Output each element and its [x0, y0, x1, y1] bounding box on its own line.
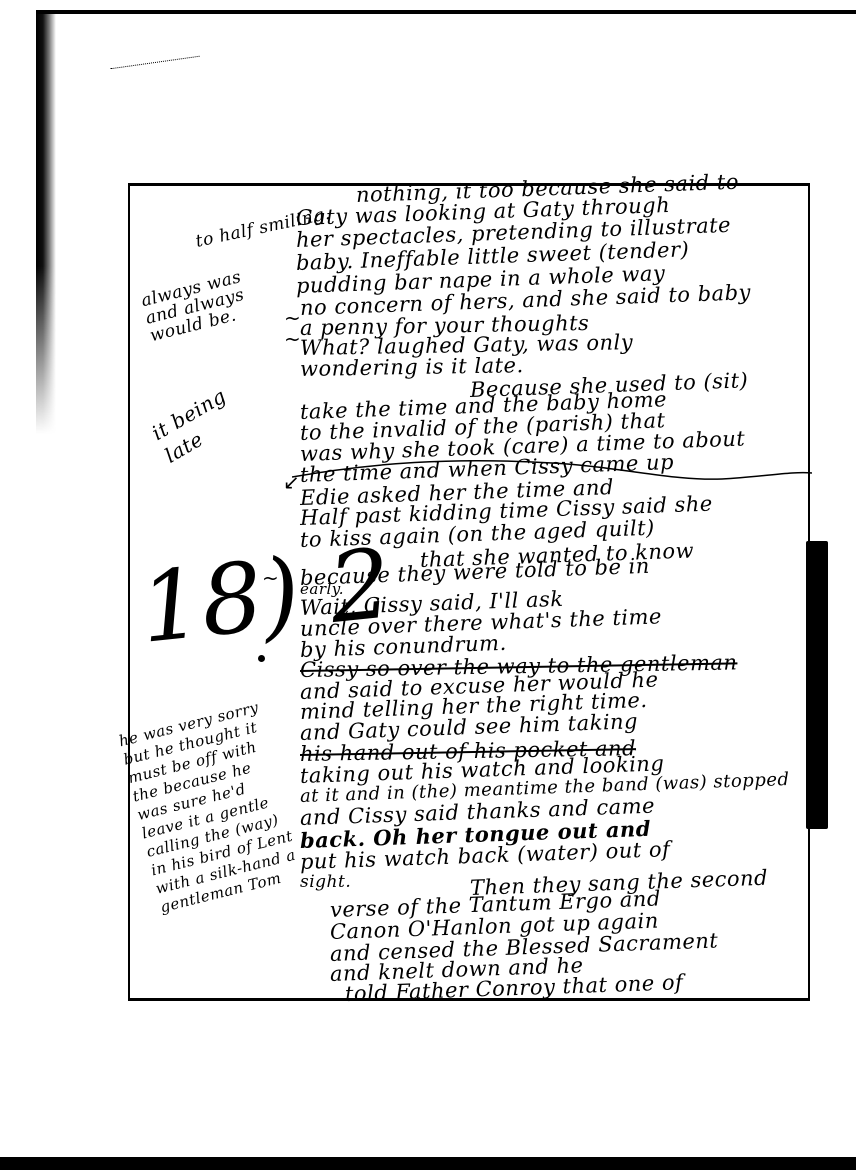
scan-artifact-line [110, 56, 199, 70]
scan-edge-bar [806, 541, 828, 829]
insert-arrow-icon: ↙ [283, 470, 300, 494]
scan-bottom-band [0, 1157, 856, 1170]
text-line: sight. [300, 872, 351, 892]
dash-mark: ~ [262, 566, 279, 590]
folio-dot [258, 655, 265, 662]
photocopy-left-smudge [36, 14, 56, 434]
dash-mark: ~ [284, 327, 301, 351]
photocopy-top-edge [36, 10, 856, 14]
